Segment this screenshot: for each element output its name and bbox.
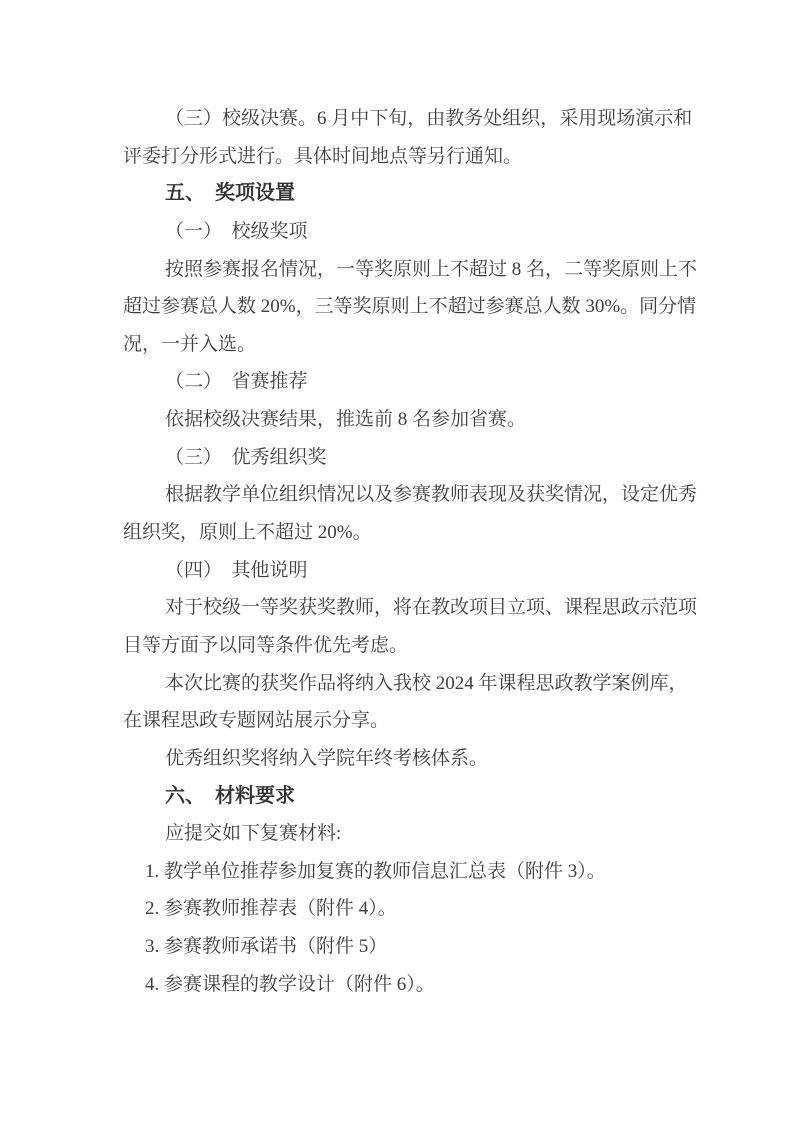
text-line: 六、 材料要求	[123, 778, 679, 816]
text-line: 依据校级决赛结果，推选前 8 名参加省赛。	[123, 401, 679, 439]
paragraph-province-recommend: 依据校级决赛结果，推选前 8 名参加省赛。	[123, 401, 679, 439]
text-line: 优秀组织奖将纳入学院年终考核体系。	[123, 740, 679, 778]
text-line: 本次比赛的获奖作品将纳入我校 2024 年课程思政教学案例库，	[123, 665, 679, 703]
list-item-2-recommendation-form: 2. 参赛教师推荐表（附件 4）。	[123, 890, 679, 928]
text-line: 对于校级一等奖获奖教师，将在教改项目立项、课程思政示范项	[123, 589, 679, 627]
list-item-1-summary-table: 1. 教学单位推荐参加复赛的教师信息汇总表（附件 3）。	[123, 853, 679, 891]
paragraph-annual-assessment: 优秀组织奖将纳入学院年终考核体系。	[123, 740, 679, 778]
text-line: 在课程思政专题网站展示分享。	[123, 702, 679, 740]
list-item-3-commitment-letter: 3. 参赛教师承诺书（附件 5）	[123, 928, 679, 966]
paragraph-organization-award: 根据教学单位组织情况以及参赛教师表现及获奖情况，设定优秀组织奖，原则上不超过 2…	[123, 476, 679, 551]
subheading-3-excellent-organization-award: （三） 优秀组织奖	[123, 439, 679, 477]
paragraph-case-library: 本次比赛的获奖作品将纳入我校 2024 年课程思政教学案例库，在课程思政专题网站…	[123, 665, 679, 740]
paragraph-school-awards: 按照参赛报名情况，一等奖原则上不超过 8 名，二等奖原则上不超过参赛总人数 20…	[123, 251, 679, 364]
text-line: （二） 省赛推荐	[123, 363, 679, 401]
paragraph-final-round: （三）校级决赛。6 月中下旬，由教务处组织，采用现场演示和评委打分形式进行。具体…	[123, 100, 679, 175]
heading-section-5-awards: 五、 奖项设置	[123, 175, 679, 213]
subheading-2-province-recommend: （二） 省赛推荐	[123, 363, 679, 401]
text-line: 组织奖，原则上不超过 20%。	[123, 514, 679, 552]
subheading-1-school-awards: （一） 校级奖项	[123, 213, 679, 251]
text-line: 按照参赛报名情况，一等奖原则上不超过 8 名，二等奖原则上不	[123, 251, 679, 289]
text-line: （三） 优秀组织奖	[123, 439, 679, 477]
text-line: 评委打分形式进行。具体时间地点等另行通知。	[123, 138, 679, 176]
subheading-4-other-notes: （四） 其他说明	[123, 552, 679, 590]
text-line: 况，一并入选。	[123, 326, 679, 364]
text-line: 应提交如下复赛材料:	[123, 815, 679, 853]
text-line: 4. 参赛课程的教学设计（附件 6）。	[123, 966, 679, 1004]
text-line: 1. 教学单位推荐参加复赛的教师信息汇总表（附件 3）。	[123, 853, 679, 891]
text-line: 3. 参赛教师承诺书（附件 5）	[123, 928, 679, 966]
document-page: （三）校级决赛。6 月中下旬，由教务处组织，采用现场演示和评委打分形式进行。具体…	[0, 0, 800, 1131]
text-line: 超过参赛总人数 20%，三等奖原则上不超过参赛总人数 30%。同分情	[123, 288, 679, 326]
paragraph-materials-intro: 应提交如下复赛材料:	[123, 815, 679, 853]
text-line: （一） 校级奖项	[123, 213, 679, 251]
text-line: 目等方面予以同等条件优先考虑。	[123, 627, 679, 665]
document-body: （三）校级决赛。6 月中下旬，由教务处组织，采用现场演示和评委打分形式进行。具体…	[123, 100, 679, 1003]
heading-section-6-materials: 六、 材料要求	[123, 778, 679, 816]
text-line: （三）校级决赛。6 月中下旬，由教务处组织，采用现场演示和	[123, 100, 679, 138]
paragraph-first-prize-priority: 对于校级一等奖获奖教师，将在教改项目立项、课程思政示范项目等方面予以同等条件优先…	[123, 589, 679, 664]
text-line: 根据教学单位组织情况以及参赛教师表现及获奖情况，设定优秀	[123, 476, 679, 514]
text-line: （四） 其他说明	[123, 552, 679, 590]
text-line: 2. 参赛教师推荐表（附件 4）。	[123, 890, 679, 928]
list-item-4-teaching-design: 4. 参赛课程的教学设计（附件 6）。	[123, 966, 679, 1004]
text-line: 五、 奖项设置	[123, 175, 679, 213]
